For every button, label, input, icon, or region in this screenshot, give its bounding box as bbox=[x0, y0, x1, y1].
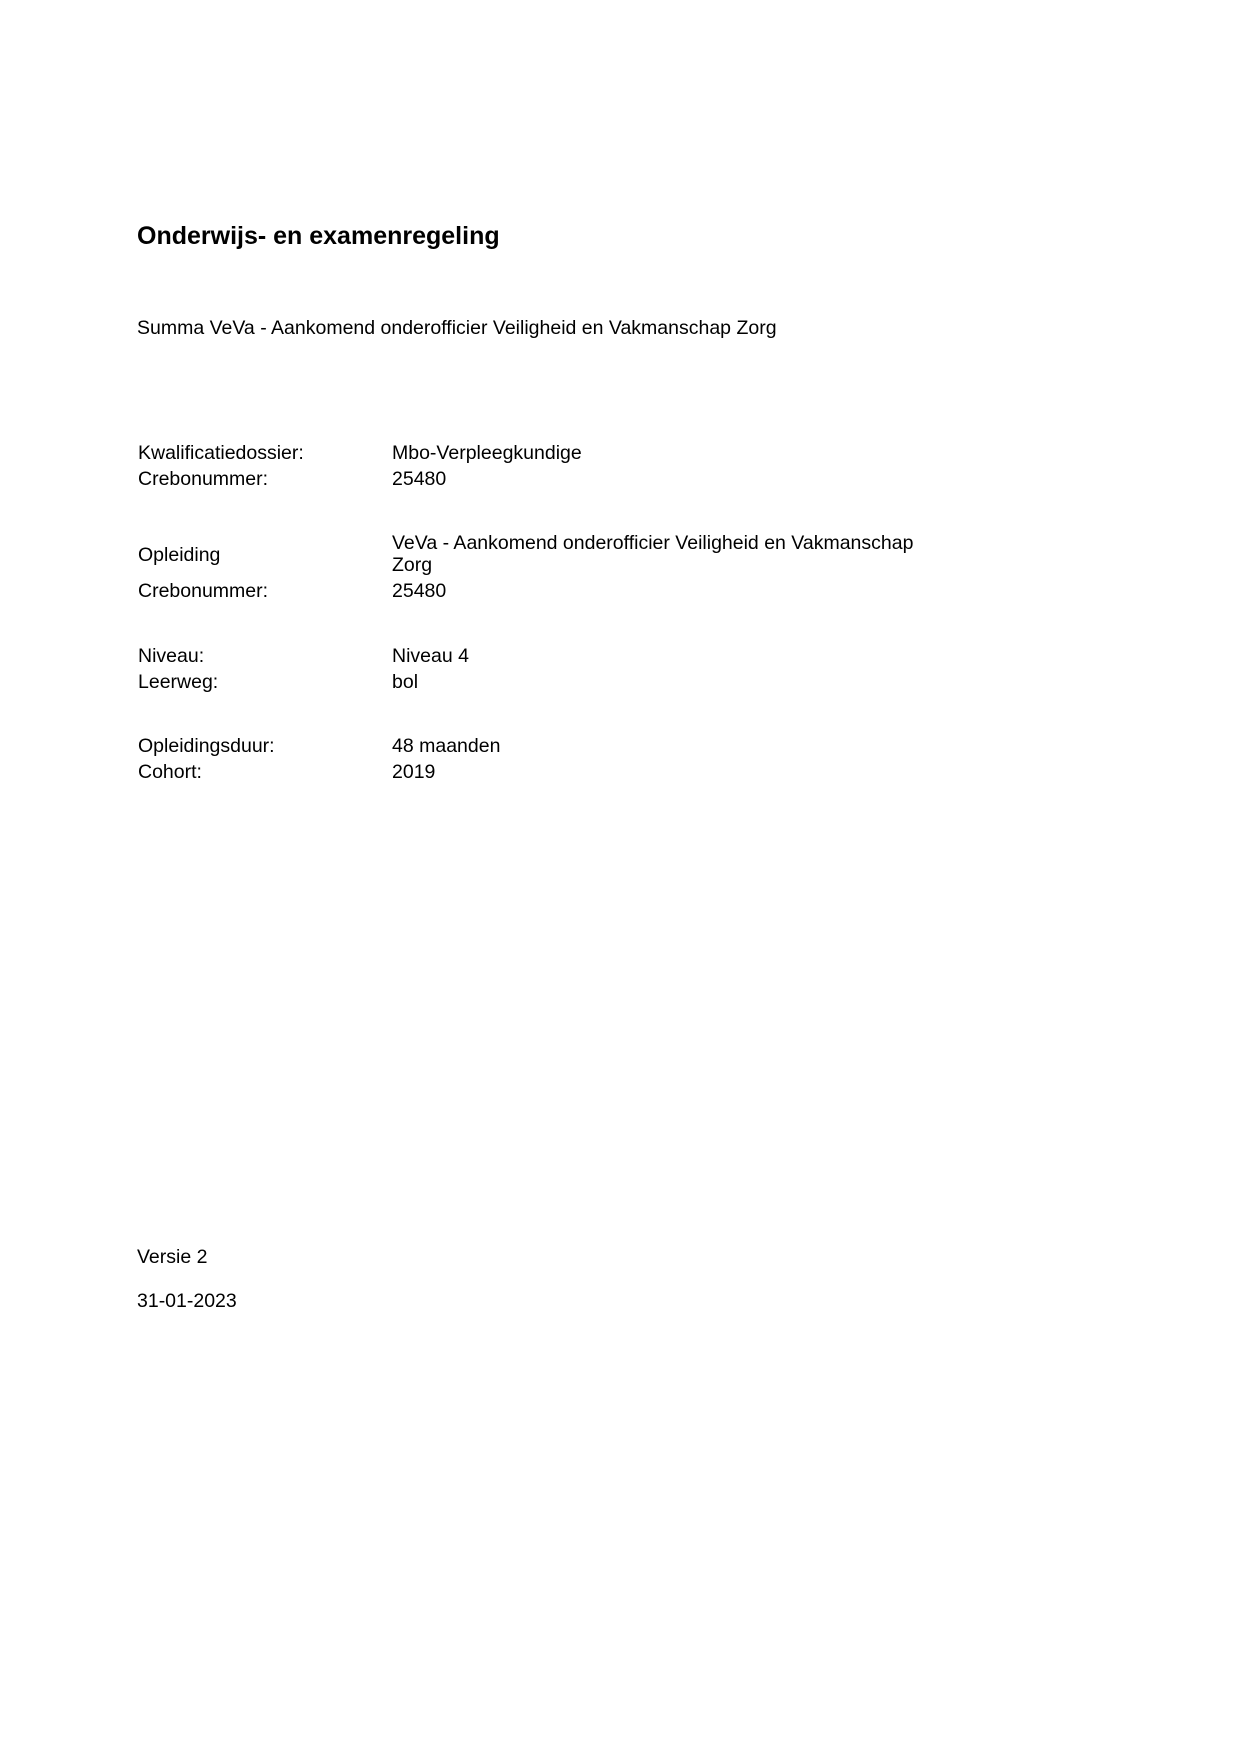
info-label: Opleidingsduur: bbox=[138, 733, 392, 759]
info-label: Cohort: bbox=[138, 759, 392, 785]
info-label: Crebonummer: bbox=[138, 578, 392, 604]
opleiding-group: Opleiding VeVa - Aankomend onderofficier… bbox=[138, 532, 958, 604]
info-row-crebonummer: Crebonummer: 25480 bbox=[138, 578, 958, 604]
info-label: Kwalificatiedossier: bbox=[138, 440, 392, 466]
info-label: Opleiding bbox=[138, 542, 392, 568]
info-label: Crebonummer: bbox=[138, 466, 392, 492]
duur-group: Opleidingsduur: 48 maanden Cohort: 2019 bbox=[138, 733, 958, 785]
info-row-niveau: Niveau: Niveau 4 bbox=[138, 643, 958, 669]
info-value: 25480 bbox=[392, 578, 958, 604]
document-page: Onderwijs- en examenregeling Summa VeVa … bbox=[0, 0, 1240, 1755]
info-row-cohort: Cohort: 2019 bbox=[138, 759, 958, 785]
info-row-crebonummer: Crebonummer: 25480 bbox=[138, 466, 958, 492]
info-row-kwalificatiedossier: Kwalificatiedossier: Mbo-Verpleegkundige bbox=[138, 440, 958, 466]
info-value: VeVa - Aankomend onderofficier Veilighei… bbox=[392, 532, 952, 578]
qualification-dossier-group: Kwalificatiedossier: Mbo-Verpleegkundige… bbox=[138, 440, 958, 492]
info-value: 48 maanden bbox=[392, 733, 958, 759]
info-label: Leerweg: bbox=[138, 669, 392, 695]
version-label: Versie 2 bbox=[137, 1245, 207, 1269]
niveau-group: Niveau: Niveau 4 Leerweg: bol bbox=[138, 643, 958, 695]
info-row-leerweg: Leerweg: bol bbox=[138, 669, 958, 695]
document-title: Onderwijs- en examenregeling bbox=[137, 221, 500, 251]
info-value: Niveau 4 bbox=[392, 643, 958, 669]
info-value: Mbo-Verpleegkundige bbox=[392, 440, 958, 466]
info-row-opleidingsduur: Opleidingsduur: 48 maanden bbox=[138, 733, 958, 759]
info-value: 2019 bbox=[392, 759, 958, 785]
info-value: 25480 bbox=[392, 466, 958, 492]
version-date: 31-01-2023 bbox=[137, 1289, 237, 1313]
info-row-opleiding: Opleiding VeVa - Aankomend onderofficier… bbox=[138, 532, 958, 578]
info-label: Niveau: bbox=[138, 643, 392, 669]
document-subtitle: Summa VeVa - Aankomend onderofficier Vei… bbox=[137, 316, 777, 340]
info-value: bol bbox=[392, 669, 958, 695]
